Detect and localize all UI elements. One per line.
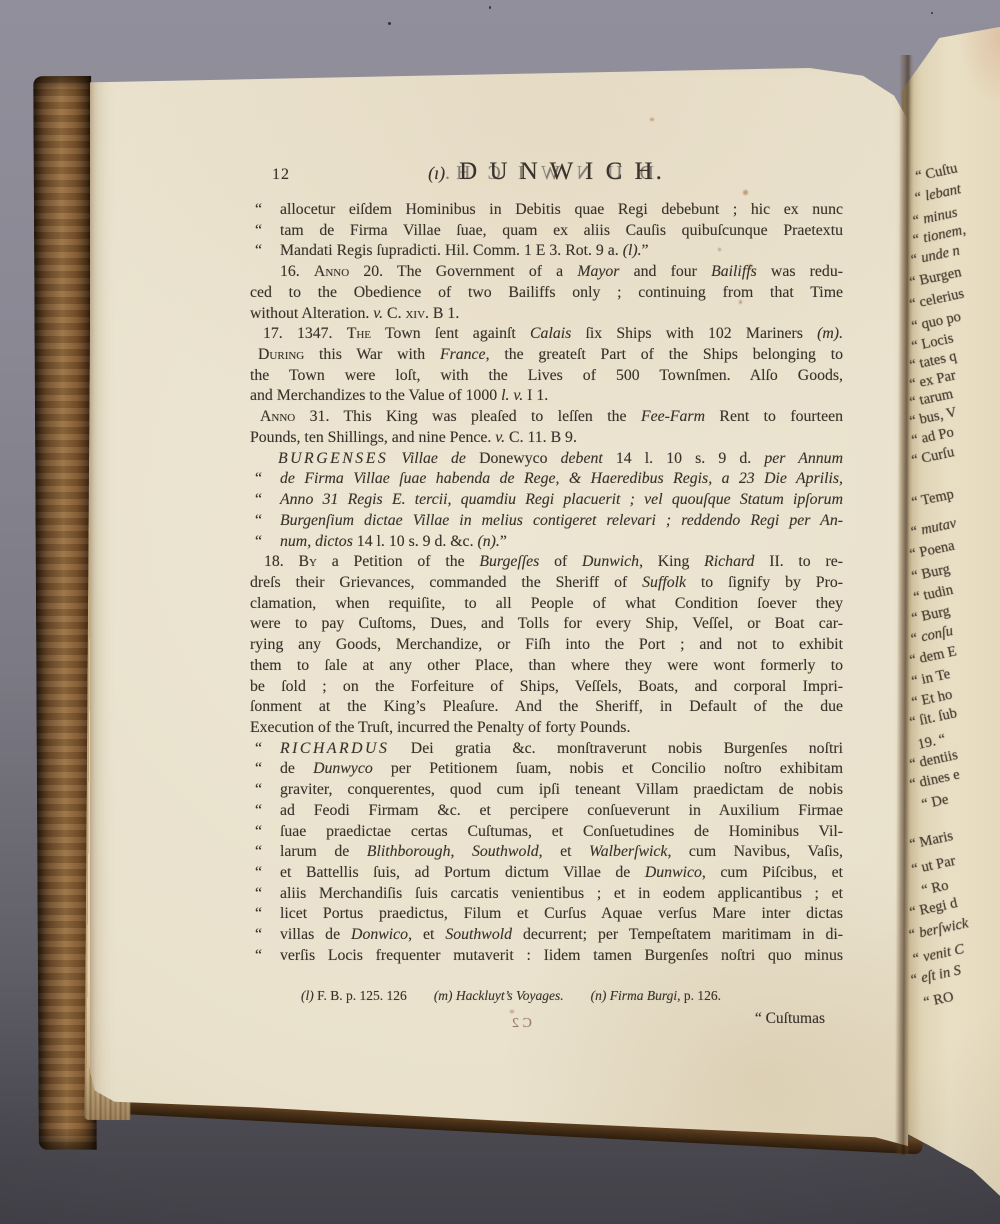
text-segment: per Annum (764, 450, 843, 467)
quote-mark: “ (255, 946, 262, 967)
facing-page-fragment: “ Maris (908, 828, 954, 854)
text-segment: Fee-Farm (641, 408, 705, 425)
text-segment: During (258, 346, 304, 363)
header-footnote-mark: (ı) (428, 163, 445, 183)
text-segment: Richard (704, 553, 754, 570)
text-line: ced to the Obedience of two Bailiffs onl… (250, 283, 843, 304)
text-line: them to ſale at any other Place, than wh… (250, 656, 843, 677)
text-segment: By (299, 553, 317, 570)
text-line: “graviter, conquerentes, quod cum ipſi t… (250, 780, 843, 801)
quote-mark: “ (255, 532, 262, 553)
text-segment: Villae de (388, 450, 479, 467)
quote-mark: “ (255, 221, 262, 242)
text-segment: Southwold (472, 843, 539, 860)
text-segment: (m). (817, 325, 843, 342)
text-segment: v. (373, 305, 383, 322)
text-line: the Town were loſt, with the Lives of 50… (250, 366, 843, 387)
text-line: be ſold ; on the Forfeiture of Ships, Ve… (250, 677, 843, 698)
text-segment: Execution of the Truſt, incurred the Pen… (250, 719, 630, 736)
text-line: “ſuae praedictae certas Cuſtumas, et Con… (250, 822, 843, 843)
facing-page-edge: “ Cuſtu“ lebant“ minus“ tionem,“ unde n“… (902, 0, 1000, 1224)
text-line: 16. Anno 20. The Government of a Mayor a… (250, 262, 843, 283)
text-segment: France (440, 346, 486, 363)
text-line: “RICHARDUS Dei gratia &c. monſtraverunt … (250, 739, 843, 760)
text-segment: Mayor (577, 263, 619, 280)
quote-mark: “ (255, 241, 262, 262)
text-line: ſonment at the King’s Pleaſure. And the … (250, 697, 843, 718)
catchword: “ Cuſtumas (755, 1010, 825, 1028)
quote-mark: “ (255, 759, 262, 780)
text-segment: 17. 1347. (263, 325, 347, 342)
text-segment: Walberſwick (589, 843, 667, 860)
text-segment: Anno (260, 408, 295, 425)
text-line: “larum de Blithborough, Southwold, et Wa… (250, 842, 843, 863)
dust-speck (931, 12, 933, 14)
text-line: and Merchandizes to the Value of 1000 l.… (250, 386, 843, 407)
text-segment: , King (639, 553, 704, 570)
text-segment: villas de (280, 926, 351, 943)
text-segment: Anno 31 Regis E. tercii, quamdiu Regi pl… (280, 491, 843, 508)
text-segment: were to pay Cuſtoms, Dues, and Tolls for… (250, 615, 843, 632)
text-segment: Donwico (351, 926, 408, 943)
text-segment: clamation, when requiſite, to all People… (250, 595, 843, 612)
text-segment: C. (383, 305, 405, 322)
text-segment: ” (500, 533, 507, 550)
text-segment: Bailiffs (711, 263, 757, 280)
text-segment: Anno (314, 263, 349, 280)
text-segment: 14 l. 10 s. 9 d. &c. (357, 533, 478, 550)
text-segment: ſix Ships with 102 Mariners (571, 325, 817, 342)
text-line: “Anno 31 Regis E. tercii, quamdiu Regi p… (250, 490, 843, 511)
text-line: During this War with France, the greateſ… (250, 345, 843, 366)
quote-mark: “ (255, 490, 262, 511)
text-segment: I 1. (523, 387, 548, 404)
text-line: “allocetur eiſdem Hominibus in Debitis q… (250, 200, 843, 221)
text-segment: ” (642, 242, 649, 259)
text-segment: Blithborough (367, 843, 451, 860)
text-segment: allocetur eiſdem Hominibus in Debitis qu… (280, 201, 843, 218)
quote-mark: “ (255, 511, 262, 532)
text-segment: F. B. p. 125. 126 (314, 988, 434, 1003)
text-segment: Mandati Regis ſupradicti. Hil. Comm. 1 E… (280, 242, 623, 259)
text-line: “licet Portus praedictus, Filum et Curſu… (250, 904, 843, 925)
text-line: 18. By a Petition of the Burgeſſes of Du… (250, 552, 843, 573)
text-segment: and Merchandizes to the Value of 1000 (250, 387, 501, 404)
text-line: rying any Goods, Merchandize, or Fiſh in… (250, 635, 843, 656)
text-line: “de Dunwyco per Petitionem ſuam, nobis e… (250, 759, 843, 780)
text-segment: Donewyco (479, 450, 547, 467)
text-segment: dreſs their Grievances, commanded the Sh… (250, 574, 642, 591)
text-line: Execution of the Truſt, incurred the Pen… (250, 718, 843, 739)
text-line: “de Firma Villae ſuae habenda de Rege, &… (250, 469, 843, 490)
text-segment: de Firma Villae ſuae habenda de Rege, & … (280, 470, 843, 487)
text-segment: verſis Locis frequenter mutaverit : Iide… (280, 947, 843, 964)
text-segment: BURGENSES (278, 450, 388, 467)
text-segment: and four (619, 263, 711, 280)
text-segment: rying any Goods, Merchandize, or Fiſh in… (250, 636, 843, 653)
text-segment: (l) (301, 988, 314, 1003)
text-line: “et Battellis ſuis, ad Portum dictum Vil… (250, 863, 843, 884)
text-segment: num, dictos (280, 533, 357, 550)
text-line: clamation, when requiſite, to all People… (250, 594, 843, 615)
quote-mark: “ (255, 904, 262, 925)
text-segment: Pounds, ten Shillings, and nine Pence. (250, 429, 495, 446)
text-segment: (l). (623, 242, 642, 259)
text-line: 17. 1347. The Town ſent againſt Calais ſ… (250, 324, 843, 345)
text-segment: , (450, 843, 471, 860)
text-line: “num, dictos 14 l. 10 s. 9 d. &c. (n).” (250, 532, 843, 553)
text-segment: Dunwico (645, 864, 702, 881)
text-segment: debent (548, 450, 616, 467)
text-segment: was redu- (757, 263, 843, 280)
text-segment: et Battellis ſuis, ad Portum dictum Vill… (280, 864, 645, 881)
text-segment: C. 11. B 9. (505, 429, 577, 446)
text-segment: 31. This King was pleaſed to leſſen the (295, 408, 641, 425)
footnote-line: (l) F. B. p. 125. 126 (m) Hackluyt’s Voy… (301, 988, 721, 1004)
facing-page-fragment: “ De (920, 792, 950, 814)
quote-mark: “ (255, 863, 262, 884)
dust-speck (489, 6, 491, 9)
text-segment: (n). (477, 533, 499, 550)
text-segment: RICHARDUS (280, 740, 389, 757)
text-segment: , et (408, 926, 445, 943)
text-segment: decurrent; per Tempeſtatem maritimam in … (512, 926, 843, 943)
text-line: “tam de Firma Villae ſuae, quam ex aliis… (250, 221, 843, 242)
text-block: D U N W I C H. 12 (ı)D U N W I C H. “all… (250, 158, 843, 1078)
text-segment: licet Portus praedictus, Filum et Curſus… (280, 905, 843, 922)
quote-mark: “ (255, 780, 262, 801)
quote-mark: “ (255, 200, 262, 221)
header-title: D U N W I C H. (459, 158, 665, 185)
quote-mark: “ (255, 739, 262, 760)
text-segment: aliis Merchandiſis ſuis carcatis venient… (280, 885, 843, 902)
text-segment: be ſold ; on the Forfeiture of Ships, Ve… (250, 678, 843, 695)
text-segment: 14 l. 10 s. 9 d. (616, 450, 764, 467)
facing-page-fragment: “ RO (922, 989, 955, 1012)
text-segment: ced to the Obedience of two Bailiffs onl… (250, 284, 843, 301)
text-segment: B 1. (429, 305, 459, 322)
text-segment: 18. (264, 553, 299, 570)
quote-mark: “ (255, 801, 262, 822)
text-segment: ſuae praedictae certas Cuſtumas, et Conſ… (280, 823, 843, 840)
facing-page-text-fragments: “ Cuſtu“ lebant“ minus“ tionem,“ unde n“… (908, 0, 1000, 1224)
text-segment (564, 988, 591, 1003)
text-segment: tam de Firma Villae ſuae, quam ex aliis … (280, 222, 843, 239)
text-line: were to pay Cuſtoms, Dues, and Tolls for… (250, 614, 843, 635)
text-segment: Suffolk (642, 574, 686, 591)
facing-page-fragment: “ Temp (910, 486, 955, 511)
text-segment: ad Feodi Firmam &c. et percipere conſuev… (280, 802, 843, 819)
text-segment: the Town were loſt, with the Lives of 50… (250, 367, 843, 384)
quote-mark: “ (255, 884, 262, 905)
text-segment: Calais (530, 325, 571, 342)
text-segment: of (539, 553, 582, 570)
text-line: “Burgenſium dictae Villae in melius cont… (250, 511, 843, 532)
text-line: “aliis Merchandiſis ſuis carcatis venien… (250, 884, 843, 905)
text-segment: Burgenſium dictae Villae in melius conti… (280, 512, 843, 529)
text-segment: Town ſent againſt (371, 325, 530, 342)
text-segment: Dei gratia &c. monſtraverunt nobis Burge… (389, 740, 843, 757)
text-segment: per Petitionem ſuam, nobis et Concilio n… (373, 760, 843, 777)
text-segment: ſonment at the King’s Pleaſure. And the … (250, 698, 843, 715)
text-segment: II. to re- (754, 553, 843, 570)
facing-page-fragment: “ ut Par (910, 853, 957, 879)
text-segment: de (280, 760, 313, 777)
quote-mark: “ (255, 925, 262, 946)
text-segment: , p. 126. (677, 988, 721, 1003)
text-segment: graviter, conquerentes, quod cum ipſi te… (280, 781, 843, 798)
text-segment: Dunwich (582, 553, 639, 570)
text-segment: v. (495, 429, 505, 446)
signature-mark-show-through: C 2 (512, 1016, 532, 1032)
dust-speck (388, 22, 391, 25)
text-segment: 16. (280, 263, 314, 280)
text-segment: (m) Hackluyt’s Voyages. (434, 988, 564, 1003)
facing-page-fragment: “ quo po (910, 309, 962, 336)
text-segment: xiv. (405, 305, 429, 322)
text-line: dreſs their Grievances, commanded the Sh… (250, 573, 843, 594)
text-segment: , et (539, 843, 589, 860)
text-segment: The (347, 325, 371, 342)
quote-mark: “ (255, 822, 262, 843)
text-line: Pounds, ten Shillings, and nine Pence. v… (250, 428, 843, 449)
text-segment: Southwold (445, 926, 512, 943)
left-page: D U N W I C H. 12 (ı)D U N W I C H. “all… (90, 58, 908, 1166)
text-line: “ad Feodi Firmam &c. et percipere conſue… (250, 801, 843, 822)
text-line: Anno 31. This King was pleaſed to leſſen… (250, 407, 843, 428)
body-text: “allocetur eiſdem Hominibus in Debitis q… (250, 200, 843, 967)
running-head: (ı)D U N W I C H. (250, 158, 843, 188)
foxing-spot (650, 118, 654, 121)
text-segment: them to ſale at any other Place, than wh… (250, 657, 843, 674)
text-segment: Dunwyco (313, 760, 373, 777)
text-segment: this War with (304, 346, 440, 363)
text-segment: l. v. (501, 387, 523, 404)
text-segment: to ſignify by Pro- (686, 574, 843, 591)
text-line: “Mandati Regis ſupradicti. Hil. Comm. 1 … (250, 241, 843, 262)
book-photo: { "colors":{"background_top":"#918f9b","… (0, 0, 1000, 1224)
text-segment: (n) Firma Burgi (591, 988, 678, 1003)
text-segment: larum de (280, 843, 367, 860)
text-segment: , cum Piſcibus, et (702, 864, 843, 881)
quote-mark: “ (255, 842, 262, 863)
quote-mark: “ (255, 469, 262, 490)
facing-page-fragment: “ Poena (908, 538, 956, 564)
text-segment: without Alteration. (250, 305, 373, 322)
text-line: BURGENSES Villae de Donewyco debent 14 l… (250, 449, 843, 470)
text-segment: Burgeſſes (479, 553, 539, 570)
text-line: “villas de Donwico, et Southwold decurre… (250, 925, 843, 946)
text-segment: 20. The Government of a (349, 263, 577, 280)
text-line: “verſis Locis frequenter mutaverit : Iid… (250, 946, 843, 967)
text-segment: , the greateſt Part of the Ships belongi… (486, 346, 843, 363)
text-segment: , cum Navibus, Vaſis, (667, 843, 843, 860)
text-line: without Alteration. v. C. xiv. B 1. (250, 304, 843, 325)
text-segment: Rent to fourteen (705, 408, 843, 425)
text-segment: a Petition of the (317, 553, 479, 570)
